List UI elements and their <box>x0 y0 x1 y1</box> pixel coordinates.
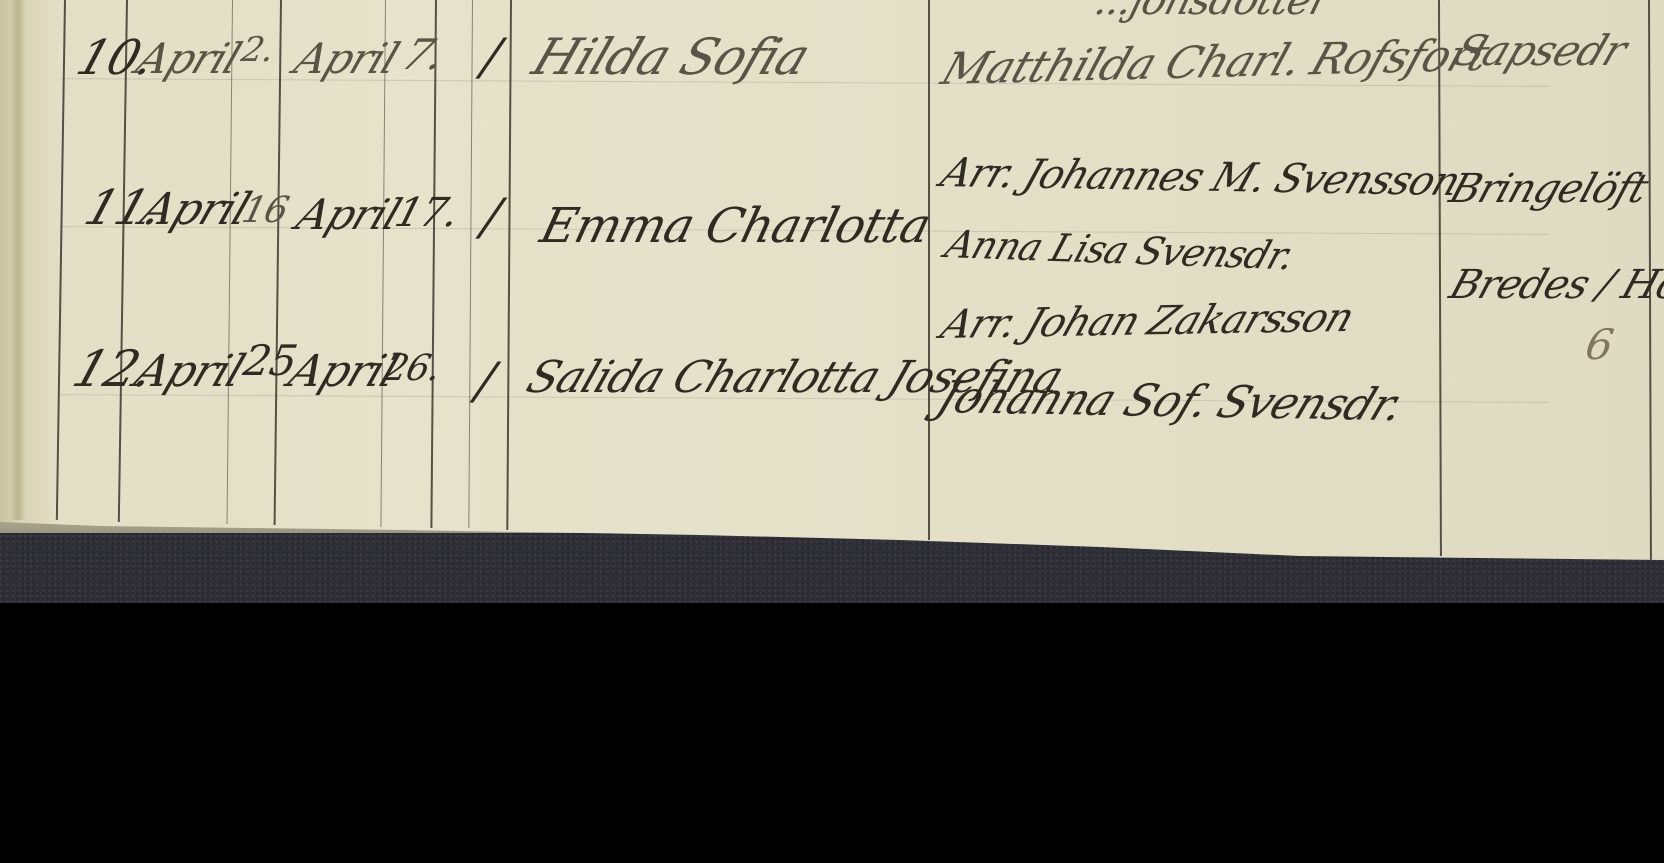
child-name: Hilda Sofia <box>525 28 817 86</box>
residence: Sapsedr <box>1448 26 1633 75</box>
child-name: Emma Charlotta <box>535 198 936 254</box>
count-mark: / <box>478 28 504 86</box>
birth-month: April <box>128 346 251 397</box>
baptism-month: April <box>288 34 405 83</box>
parents-line-1: Arr. Johan Zakarsson <box>935 295 1360 348</box>
residence: Bringelöft <box>1444 166 1653 212</box>
parents-line-2: Johanna Sof. Svensdr. <box>930 372 1411 431</box>
column-rule <box>928 0 930 540</box>
column-rule <box>1438 0 1442 556</box>
baptism-month: April <box>290 190 407 239</box>
birth-month: April <box>130 34 247 83</box>
empty-black-background <box>0 603 1664 863</box>
birth-day: 16 <box>238 190 292 231</box>
page-fold-shadow <box>10 0 26 520</box>
residence: Bredes / Hoffhu <box>1444 262 1664 308</box>
count-mark: / <box>478 188 504 246</box>
top-fragment-text: ...jonsdotter <box>1090 0 1335 24</box>
register-page: ...jonsdotter 10. April 2. April 7. / Hi… <box>0 0 1664 600</box>
baptism-day: 26. <box>380 348 444 389</box>
parents-line-1: Arr. Johannes M. Svensson <box>935 150 1466 205</box>
register-photo: ...jonsdotter 10. April 2. April 7. / Hi… <box>0 0 1664 640</box>
count-mark: / <box>472 352 498 410</box>
margin-note: 6 <box>1582 320 1616 369</box>
parents-line-2: Anna Lisa Svensdr. <box>940 222 1300 278</box>
column-rule <box>468 0 473 528</box>
